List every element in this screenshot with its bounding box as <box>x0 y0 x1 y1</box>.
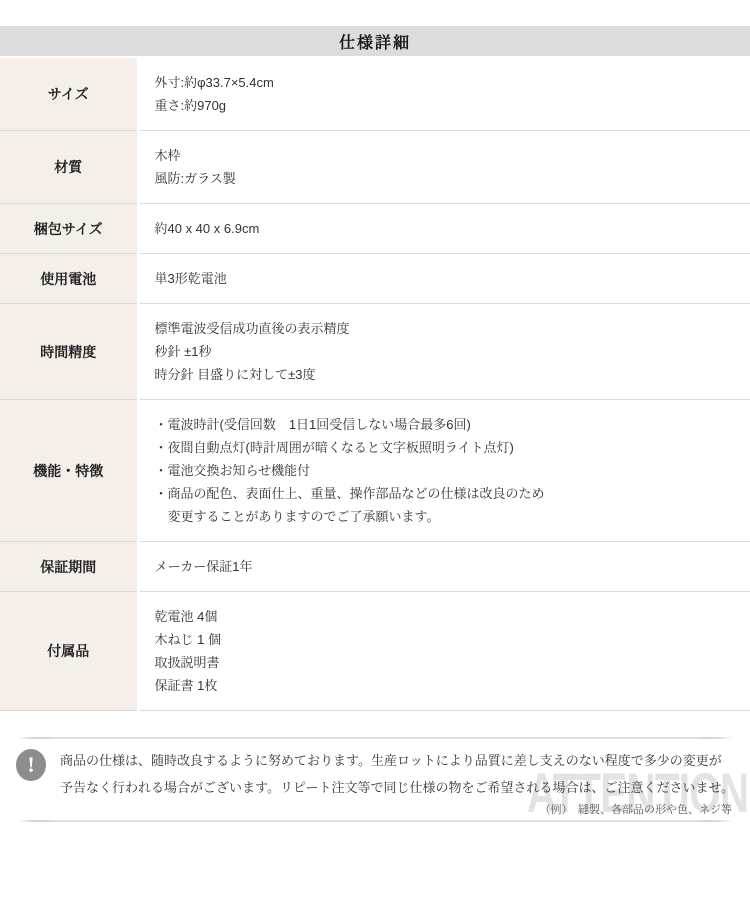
spec-value-line: 風防:ガラス製 <box>155 167 741 190</box>
notice-line: 予告なく行われる場合がございます。リピート注文等で同じ仕様の物をご希望される場合… <box>60 774 732 801</box>
spec-row-label: 付属品 <box>0 592 138 711</box>
notice-example: （例） 縫製、各部品の形や色、ネジ等 <box>60 802 732 818</box>
spec-value-line: 木枠 <box>155 144 741 167</box>
spec-row-value: 約40 x 40 x 6.9cm <box>138 204 750 254</box>
spec-row-label: 梱包サイズ <box>0 204 138 254</box>
spec-value-line: 時分針 目盛りに対して±3度 <box>155 363 741 386</box>
spec-row-label: サイズ <box>0 58 138 131</box>
notice-body: ATTENTION ! 商品の仕様は、随時改良するように努めております。生産ロッ… <box>0 739 750 820</box>
spec-value-line: ・夜間自動点灯(時計周囲が暗くなると文字板照明ライト点灯) <box>155 436 741 459</box>
spec-value-line: 単3形乾電池 <box>155 267 741 290</box>
spec-row: 保証期間メーカー保証1年 <box>0 542 750 592</box>
spec-row: 時間精度標準電波受信成功直後の表示精度秒針 ±1秒時分針 目盛りに対して±3度 <box>0 304 750 400</box>
spec-value-line: 変更することがありますのでご了承願います。 <box>155 505 741 528</box>
spec-row: 付属品乾電池 4個木ねじ 1 個取扱説明書保証書 1枚 <box>0 592 750 711</box>
spec-row: 使用電池単3形乾電池 <box>0 254 750 304</box>
spec-table: サイズ外寸:約φ33.7×5.4cm重さ:約970g材質木枠風防:ガラス製梱包サ… <box>0 58 750 711</box>
spec-row: 材質木枠風防:ガラス製 <box>0 131 750 204</box>
spec-row-label: 保証期間 <box>0 542 138 592</box>
spec-page: 仕様詳細 サイズ外寸:約φ33.7×5.4cm重さ:約970g材質木枠風防:ガラ… <box>0 0 750 822</box>
spec-value-line: ・電池交換お知らせ機能付 <box>155 459 741 482</box>
spec-row-value: 外寸:約φ33.7×5.4cm重さ:約970g <box>138 58 750 131</box>
spec-value-line: ・電波時計(受信回数 1日1回受信しない場合最多6回) <box>155 413 741 436</box>
spec-header: 仕様詳細 <box>0 26 750 56</box>
spec-row-value: 乾電池 4個木ねじ 1 個取扱説明書保証書 1枚 <box>138 592 750 711</box>
spec-row-label: 機能・特徴 <box>0 400 138 542</box>
spec-value-line: ・商品の配色、表面仕上、重量、操作部品などの仕様は改良のため <box>155 482 741 505</box>
notice-section: ATTENTION ! 商品の仕様は、随時改良するように努めております。生産ロッ… <box>0 737 750 822</box>
notice-text: 商品の仕様は、随時改良するように努めております。生産ロットにより品質に差し支えの… <box>60 747 732 818</box>
spec-row-label: 使用電池 <box>0 254 138 304</box>
spec-value-line: 外寸:約φ33.7×5.4cm <box>155 71 741 94</box>
spec-header-title: 仕様詳細 <box>339 30 411 53</box>
spec-value-line: メーカー保証1年 <box>155 555 741 578</box>
spec-value-line: 重さ:約970g <box>155 94 741 117</box>
spec-value-line: 標準電波受信成功直後の表示精度 <box>155 317 741 340</box>
notice-line: 商品の仕様は、随時改良するように努めております。生産ロットにより品質に差し支えの… <box>60 747 732 774</box>
spec-value-line: 約40 x 40 x 6.9cm <box>155 217 741 240</box>
spec-row-label: 時間精度 <box>0 304 138 400</box>
spec-value-line: 木ねじ 1 個 <box>155 628 741 651</box>
spec-row-value: 木枠風防:ガラス製 <box>138 131 750 204</box>
exclamation-icon: ! <box>16 749 46 781</box>
spec-value-line: 取扱説明書 <box>155 651 741 674</box>
spec-row-value: ・電波時計(受信回数 1日1回受信しない場合最多6回)・夜間自動点灯(時計周囲が… <box>138 400 750 542</box>
spec-row-value: 標準電波受信成功直後の表示精度秒針 ±1秒時分針 目盛りに対して±3度 <box>138 304 750 400</box>
spec-row-value: メーカー保証1年 <box>138 542 750 592</box>
spec-row: 機能・特徴・電波時計(受信回数 1日1回受信しない場合最多6回)・夜間自動点灯(… <box>0 400 750 542</box>
spec-value-line: 乾電池 4個 <box>155 605 741 628</box>
spec-row-value: 単3形乾電池 <box>138 254 750 304</box>
spec-value-line: 秒針 ±1秒 <box>155 340 741 363</box>
notice-bottom-rule <box>18 820 732 822</box>
spec-value-line: 保証書 1枚 <box>155 674 741 697</box>
spec-row: サイズ外寸:約φ33.7×5.4cm重さ:約970g <box>0 58 750 131</box>
spec-row: 梱包サイズ約40 x 40 x 6.9cm <box>0 204 750 254</box>
spec-row-label: 材質 <box>0 131 138 204</box>
